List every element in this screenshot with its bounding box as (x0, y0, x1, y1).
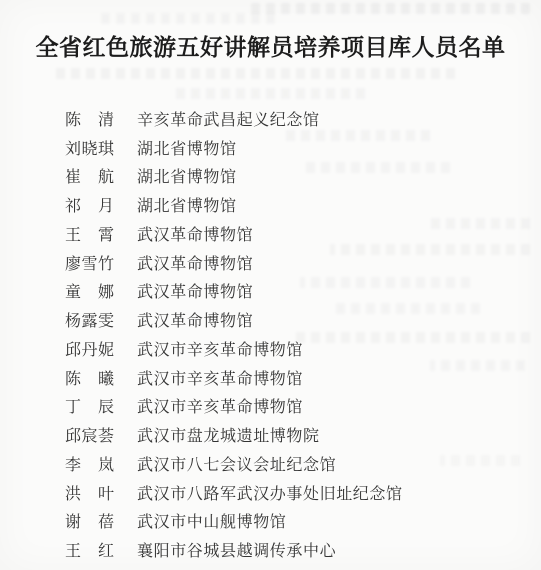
roster-row: 洪 叶 武汉市八路军武汉办事处旧址纪念馆 (65, 478, 521, 507)
organization-name: 辛亥革命武昌起义纪念馆 (137, 107, 320, 130)
person-name: 廖雪竹 (65, 251, 115, 274)
organization-name: 武汉市辛亥革命博物馆 (137, 337, 303, 360)
page-title: 全省红色旅游五好讲解员培养项目库人员名单 (0, 33, 541, 63)
roster-row: 王 霄 武汉革命博物馆 (65, 219, 521, 248)
organization-name: 武汉革命博物馆 (137, 279, 253, 302)
roster-row: 谢 蓓 武汉市中山舰博物馆 (65, 507, 521, 536)
person-name: 谢 蓓 (65, 509, 115, 532)
roster-row: 童 娜 武汉革命博物馆 (65, 277, 521, 306)
person-name: 邱丹妮 (65, 337, 115, 360)
roster-row: 祁 月 湖北省博物馆 (65, 190, 521, 219)
person-name: 李 岚 (65, 452, 115, 475)
person-name: 邱宸荟 (65, 423, 115, 446)
person-name: 杨露雯 (65, 308, 115, 331)
organization-name: 武汉革命博物馆 (137, 308, 253, 331)
person-name: 崔 航 (65, 164, 115, 187)
roster-row: 陈 清 辛亥革命武昌起义纪念馆 (65, 104, 521, 133)
bleedthrough-artifact (95, 13, 275, 24)
person-name: 陈 清 (65, 107, 115, 130)
person-name: 童 娜 (65, 279, 115, 302)
bleedthrough-artifact (175, 88, 365, 99)
organization-name: 武汉市八七会议会址纪念馆 (137, 452, 336, 475)
organization-name: 武汉市盘龙城遗址博物院 (137, 423, 320, 446)
bleedthrough-artifact (250, 3, 530, 14)
organization-name: 武汉市辛亥革命博物馆 (137, 366, 303, 389)
organization-name: 湖北省博物馆 (137, 193, 237, 216)
roster-row: 丁 辰 武汉市辛亥革命博物馆 (65, 392, 521, 421)
organization-name: 武汉革命博物馆 (137, 251, 253, 274)
organization-name: 武汉市中山舰博物馆 (137, 509, 286, 532)
organization-name: 湖北省博物馆 (137, 164, 237, 187)
roster-row: 邱宸荟 武汉市盘龙城遗址博物院 (65, 420, 521, 449)
roster-row: 杨露雯 武汉革命博物馆 (65, 305, 521, 334)
roster-row: 邱丹妮 武汉市辛亥革命博物馆 (65, 334, 521, 363)
person-name: 陈 曦 (65, 366, 115, 389)
roster-row: 王 红 襄阳市谷城县越调传承中心 (65, 535, 521, 564)
roster-row: 刘晓琪 湖北省博物馆 (65, 133, 521, 162)
document-page: 全省红色旅游五好讲解员培养项目库人员名单 陈 清 辛亥革命武昌起义纪念馆 刘晓琪… (0, 0, 541, 570)
roster-row: 廖雪竹 武汉革命博物馆 (65, 248, 521, 277)
roster-list: 陈 清 辛亥革命武昌起义纪念馆 刘晓琪 湖北省博物馆 崔 航 湖北省博物馆 祁 … (65, 104, 521, 564)
bleedthrough-artifact (55, 68, 455, 79)
organization-name: 湖北省博物馆 (137, 136, 237, 159)
person-name: 王 红 (65, 538, 115, 561)
person-name: 洪 叶 (65, 481, 115, 504)
roster-row: 李 岚 武汉市八七会议会址纪念馆 (65, 449, 521, 478)
roster-row: 陈 曦 武汉市辛亥革命博物馆 (65, 363, 521, 392)
organization-name: 武汉市八路军武汉办事处旧址纪念馆 (137, 481, 403, 504)
roster-row: 崔 航 湖北省博物馆 (65, 162, 521, 191)
organization-name: 襄阳市谷城县越调传承中心 (137, 538, 336, 561)
person-name: 王 霄 (65, 222, 115, 245)
organization-name: 武汉市辛亥革命博物馆 (137, 394, 303, 417)
person-name: 刘晓琪 (65, 136, 115, 159)
person-name: 祁 月 (65, 193, 115, 216)
organization-name: 武汉革命博物馆 (137, 222, 253, 245)
person-name: 丁 辰 (65, 394, 115, 417)
